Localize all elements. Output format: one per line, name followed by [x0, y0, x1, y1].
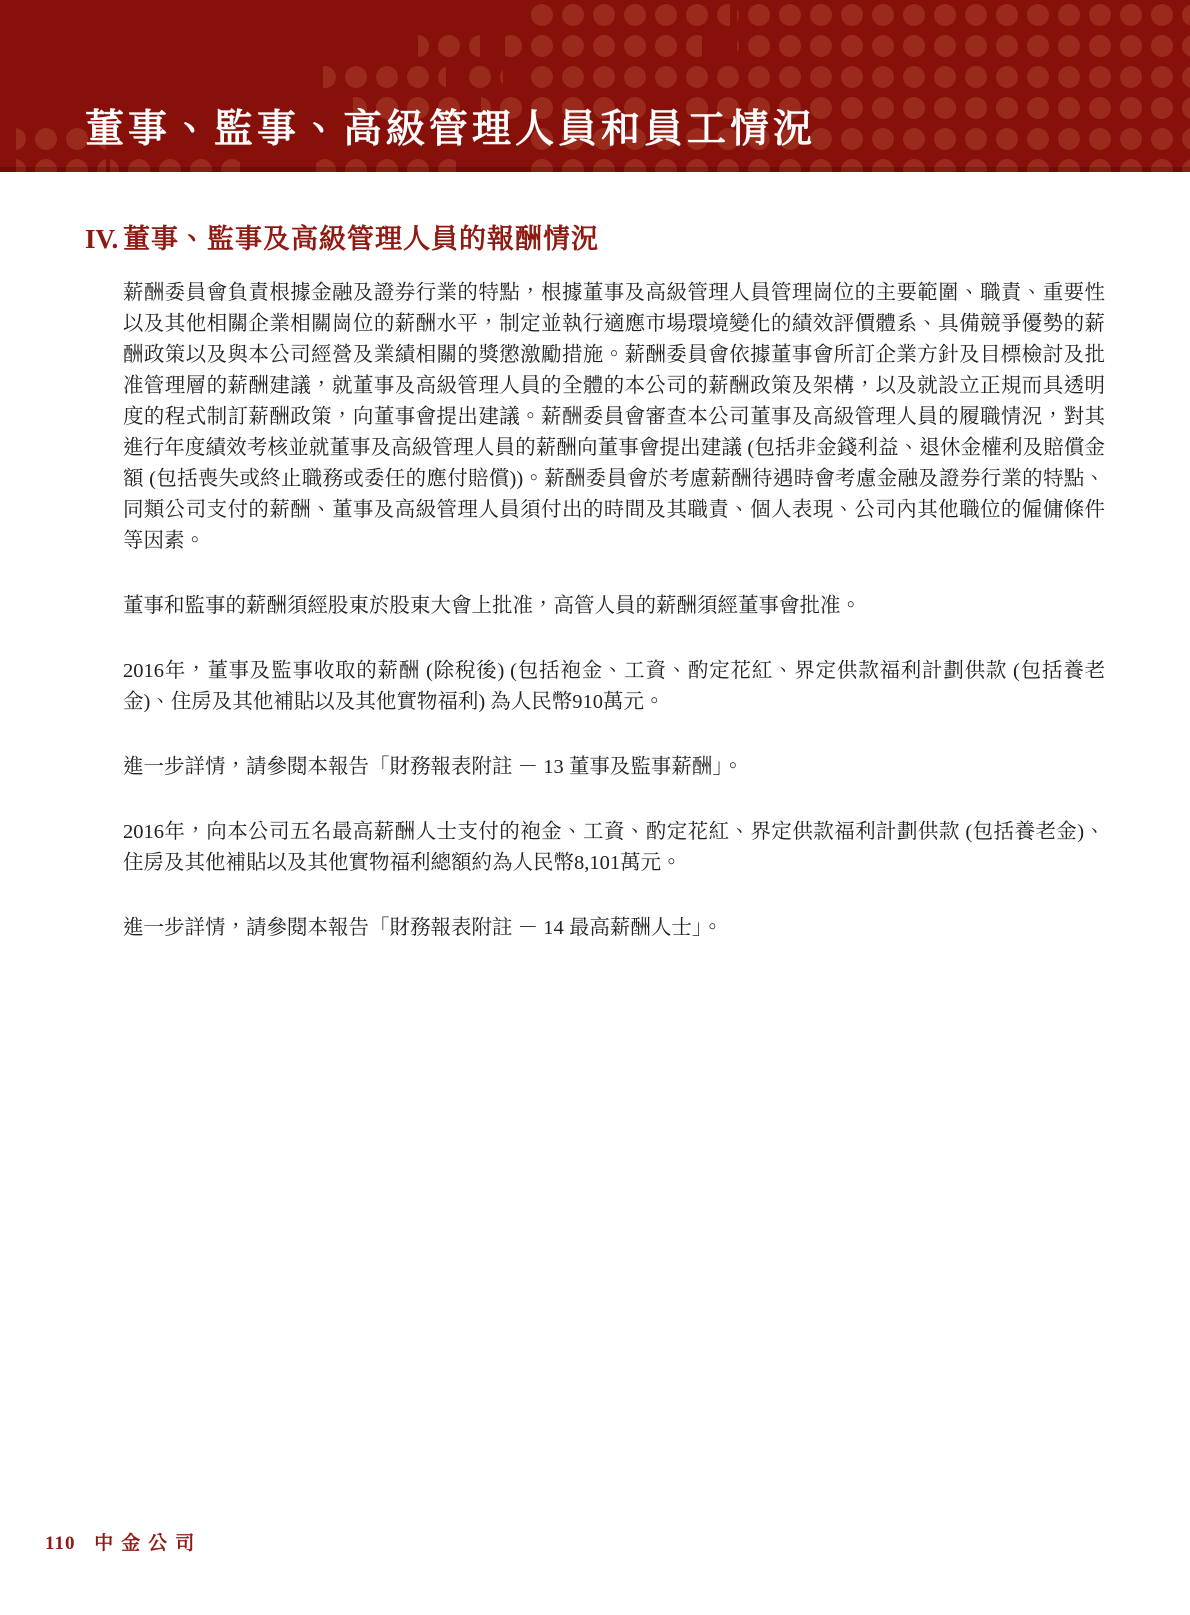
page-number: 110: [45, 1533, 75, 1554]
chapter-title: 董事、監事、高級管理人員和員工情況: [85, 98, 816, 154]
section-title: 董事、監事及高級管理人員的報酬情況: [123, 222, 599, 256]
section-heading: IV. 董事、監事及高級管理人員的報酬情況: [85, 222, 1105, 256]
section-number: IV.: [85, 222, 123, 256]
paragraph-remuneration-policy: 薪酬委員會負責根據金融及證券行業的特點，根據董事及高級管理人員管理崗位的主要範圍…: [123, 278, 1105, 557]
paragraph-note-14-reference: 進一步詳情，請參閱本報告「財務報表附註 － 14 最高薪酬人士」。: [123, 913, 1105, 944]
paragraph-note-13-reference: 進一步詳情，請參閱本報告「財務報表附註 － 13 董事及監事薪酬」。: [123, 752, 1105, 783]
page-content: IV. 董事、監事及高級管理人員的報酬情況 薪酬委員會負責根據金融及證券行業的特…: [0, 172, 1190, 944]
chapter-banner: 董事、監事、高級管理人員和員工情況: [0, 0, 1190, 172]
paragraph-remuneration-approval: 董事和監事的薪酬須經股東於股東大會上批准，高管人員的薪酬須經董事會批准。: [123, 591, 1105, 622]
paragraph-2016-top-five-paid: 2016年，向本公司五名最高薪酬人士支付的袍金、工資、酌定花紅、界定供款福利計劃…: [123, 817, 1105, 879]
page-footer: 110 中金公司: [45, 1528, 202, 1555]
company-name: 中金公司: [94, 1533, 202, 1554]
paragraph-2016-directors-supervisors-remuneration: 2016年，董事及監事收取的薪酬 (除稅後) (包括袍金、工資、酌定花紅、界定供…: [123, 656, 1105, 718]
report-page: 董事、監事、高級管理人員和員工情況 IV. 董事、監事及高級管理人員的報酬情況 …: [0, 0, 1190, 1615]
